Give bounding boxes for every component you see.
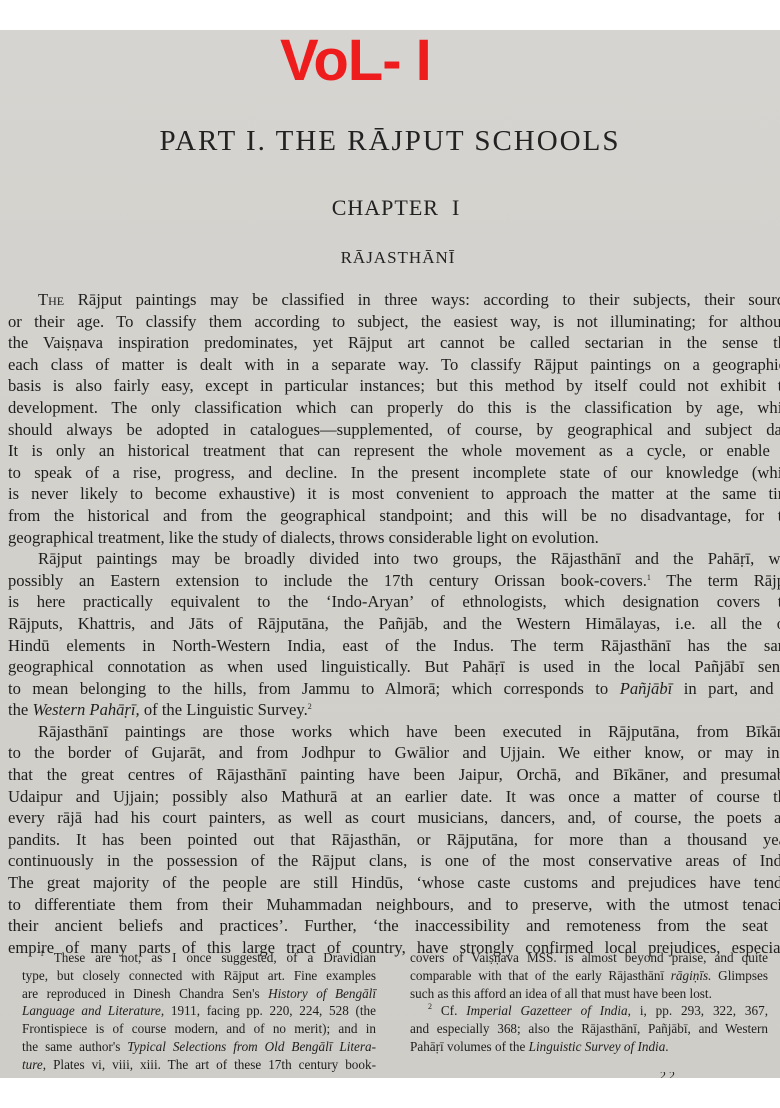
- footnote-line: type, but closely connected with Rājput …: [22, 967, 376, 985]
- text-line: to mean belonging to the hills, from Jam…: [8, 678, 780, 700]
- text-line: every rājā had his court painters, as we…: [8, 807, 780, 829]
- footnote-line: and especially 368; also the Rājasthānī,…: [410, 1020, 768, 1038]
- footnote-line: comparable with that of the early Rājast…: [410, 967, 768, 985]
- footnote-ref[interactable]: 2: [308, 702, 312, 711]
- body-text: The Rājput paintings may be classified i…: [8, 289, 780, 958]
- text-line: Rājput paintings may be broadly divided …: [8, 548, 780, 570]
- text-line: continuously in the possession of the Rā…: [8, 850, 780, 872]
- text-line: each class of matter is dealt with in a …: [8, 354, 780, 376]
- paragraph-2: Rājput paintings may be broadly divided …: [8, 548, 780, 721]
- text-line: The great majority of the people are sti…: [8, 872, 780, 894]
- text-line: Rājasthānī paintings are those works whi…: [8, 721, 780, 743]
- text-line: from the historical and from the geograp…: [8, 505, 780, 527]
- text-line: Udaipur and Ujjain; possibly also Mathur…: [8, 786, 780, 808]
- footnote-line: Pahāṛī volumes of the Linguistic Survey …: [410, 1038, 768, 1056]
- footnote-line: 2 Cf. Imperial Gazetteer of India, i, pp…: [410, 1002, 768, 1020]
- footnote-line: Language and Literature, 1911, facing pp…: [22, 1002, 376, 1020]
- text-line: should always be adopted in catalogues—s…: [8, 419, 780, 441]
- paragraph-1: The Rājput paintings may be classified i…: [8, 289, 780, 548]
- footnote-column-right: covers of Vaiṣṇava MSS. is almost beyond…: [410, 949, 768, 1056]
- footnote-column-left: 1 These are not, as I once suggested, of…: [22, 949, 376, 1074]
- drop-lead-in: The: [38, 290, 64, 309]
- footnote-line: Frontispiece is of course modern, and of…: [22, 1020, 376, 1038]
- text-line: to differentiate them from their Muhamma…: [8, 894, 780, 916]
- page-number: 2 2: [660, 1072, 700, 1078]
- text-line: their ancient beliefs and practices’. Fu…: [8, 915, 780, 937]
- text-line: pandits. It has been pointed out that Rā…: [8, 829, 780, 851]
- footnote-line: ture, Plates vi, viii, xiii. The art of …: [22, 1056, 376, 1074]
- text-line: development. The only classification whi…: [8, 397, 780, 419]
- text-line: possibly an Eastern extension to include…: [8, 570, 780, 592]
- text-line: It is only an historical treatment that …: [8, 440, 780, 462]
- text-line: the Western Pahāṛī, of the Linguistic Su…: [8, 699, 780, 721]
- footnote-line: are reproduced in Dinesh Chandra Sen's H…: [22, 985, 376, 1003]
- text-line: is never likely to become exhaustive) it…: [8, 483, 780, 505]
- text-line: The Rājput paintings may be classified i…: [8, 289, 780, 311]
- footnote-ref[interactable]: 1: [647, 573, 651, 582]
- text-line: the Vaiṣṇava inspiration predominates, y…: [8, 332, 780, 354]
- footnote-line: 1 These are not, as I once suggested, of…: [22, 949, 376, 967]
- text-line: basis is also fairly easy, except in par…: [8, 375, 780, 397]
- chapter-heading: CHAPTER I: [0, 195, 780, 221]
- text-line: Hindū elements in North-Western India, e…: [8, 635, 780, 657]
- volume-stamp: VoL- I: [280, 30, 460, 92]
- text-line: or their age. To classify them according…: [8, 311, 780, 333]
- text-line: geographical connotation as when used li…: [8, 656, 780, 678]
- footnote-line: covers of Vaiṣṇava MSS. is almost beyond…: [410, 949, 768, 967]
- paragraph-3: Rājasthānī paintings are those works whi…: [8, 721, 780, 959]
- text-line: to the border of Gujarāt, and from Jodhp…: [8, 742, 780, 764]
- text-line: that the great centres of Rājasthānī pai…: [8, 764, 780, 786]
- footnote-line: the same author's Typical Selections fro…: [22, 1038, 376, 1056]
- text-line: Rājputs, Khattris, and Jāts of Rājputāna…: [8, 613, 780, 635]
- footnote-line: such as this afford an idea of all that …: [410, 985, 768, 1003]
- part-heading: PART I. THE RĀJPUT SCHOOLS: [0, 124, 780, 158]
- text-line: to speak of a rise, progress, and declin…: [8, 462, 780, 484]
- text-line: is here practically equivalent to the ‘I…: [8, 591, 780, 613]
- book-page: VoL- I PART I. THE RĀJPUT SCHOOLS CHAPTE…: [0, 30, 780, 1078]
- footnotes: 1 These are not, as I once suggested, of…: [0, 949, 780, 1078]
- section-heading: RĀJASTHĀNĪ: [0, 247, 780, 269]
- text-line: geographical treatment, like the study o…: [8, 527, 780, 549]
